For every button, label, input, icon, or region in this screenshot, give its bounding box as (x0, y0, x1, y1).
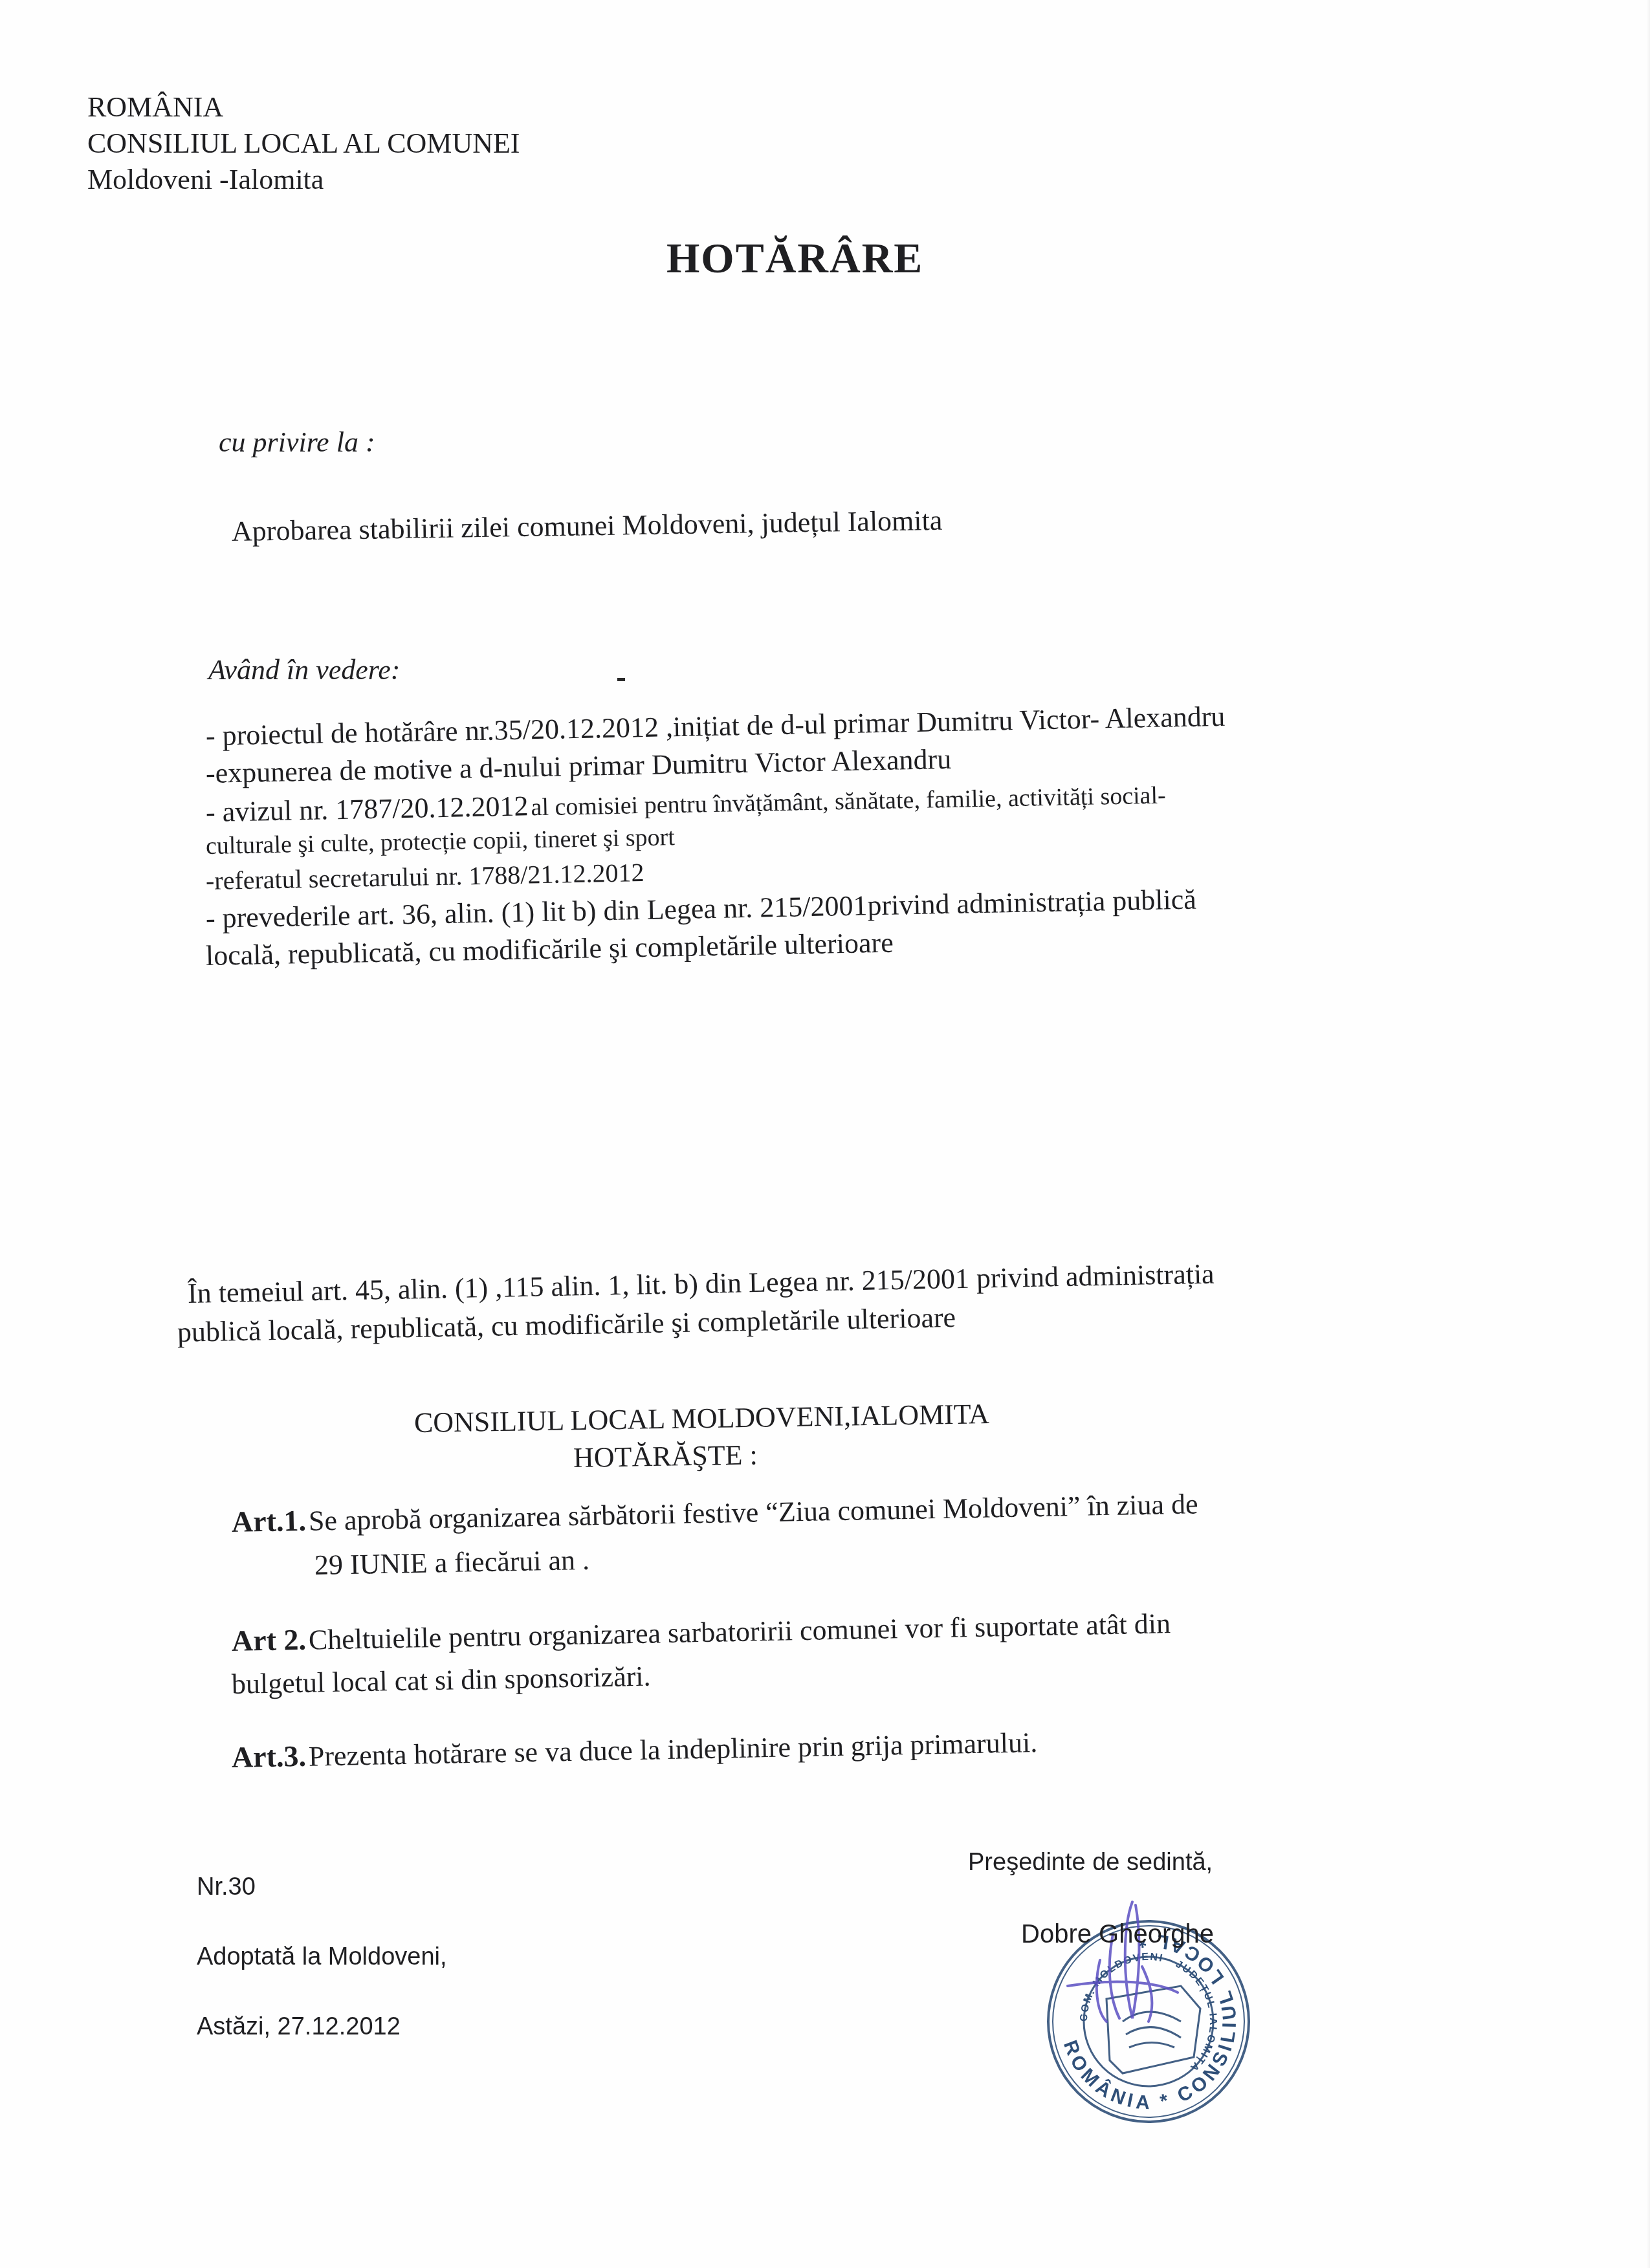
avizul-commission: al comisiei pentru învățământ, sănătate,… (531, 782, 1166, 822)
signature-icon (1009, 1889, 1216, 2057)
decision-verb: HOTĂRĂŞTE : (573, 1437, 758, 1476)
legal-basis-line-1: În temeiul art. 45, alin. (1) ,115 alin.… (187, 1256, 1215, 1312)
article-3: Art.3. Prezenta hotărare se va duce la i… (231, 1725, 1037, 1776)
article-1: Art.1. Se aprobă organizarea sărbătorii … (231, 1486, 1198, 1541)
document-title: HOTĂRÂRE (666, 234, 923, 283)
article-text: Cheltuielile pentru organizarea sarbator… (308, 1608, 1171, 1656)
stray-mark (617, 678, 625, 681)
document-page: ROMÂNIA CONSILIUL LOCAL AL COMUNEI Moldo… (0, 0, 1650, 2268)
president-name: Dobre Gheorghe (1021, 1920, 1214, 1949)
article-label: Art.1. (231, 1504, 306, 1538)
article-label: Art 2. (231, 1623, 306, 1657)
adopted-date: Astăzi, 27.12.2012 (197, 2013, 401, 2041)
considerations-label: Având în vedere: (208, 652, 400, 688)
header-locality: Moldoveni -Ialomita (87, 162, 324, 198)
consideration-item: -referatul secretarului nr. 1788/21.12.2… (206, 857, 644, 896)
article-label: Art.3. (231, 1739, 306, 1774)
decision-number: Nr.30 (197, 1873, 256, 1901)
avizul-ref: - avizul nr. 1787/20.12.2012 (206, 790, 529, 828)
president-label: Preşedinte de sedintă, (968, 1849, 1213, 1877)
header-council: CONSILIUL LOCAL AL COMUNEI (87, 125, 520, 162)
adopted-place: Adoptată la Moldoveni, (197, 1943, 447, 1971)
article-text: Se aprobă organizarea sărbătorii festive… (308, 1488, 1198, 1536)
article-2: Art 2. Cheltuielile pentru organizarea s… (231, 1606, 1171, 1660)
subject-label: cu privire la : (219, 424, 375, 461)
header-country: ROMÂNIA (87, 89, 223, 125)
article-2-continuation: bulgetul local cat si din sponsorizări. (231, 1659, 651, 1703)
subject-text: Aprobarea stabilirii zilei comunei Moldo… (232, 503, 943, 550)
page-edge (1646, 0, 1650, 2268)
decision-council: CONSILIUL LOCAL MOLDOVENI,IALOMITA (414, 1396, 990, 1441)
article-text: Prezenta hotărare se va duce la indeplin… (308, 1727, 1037, 1772)
article-1-continuation: 29 IUNIE a fiecărui an . (314, 1542, 589, 1584)
